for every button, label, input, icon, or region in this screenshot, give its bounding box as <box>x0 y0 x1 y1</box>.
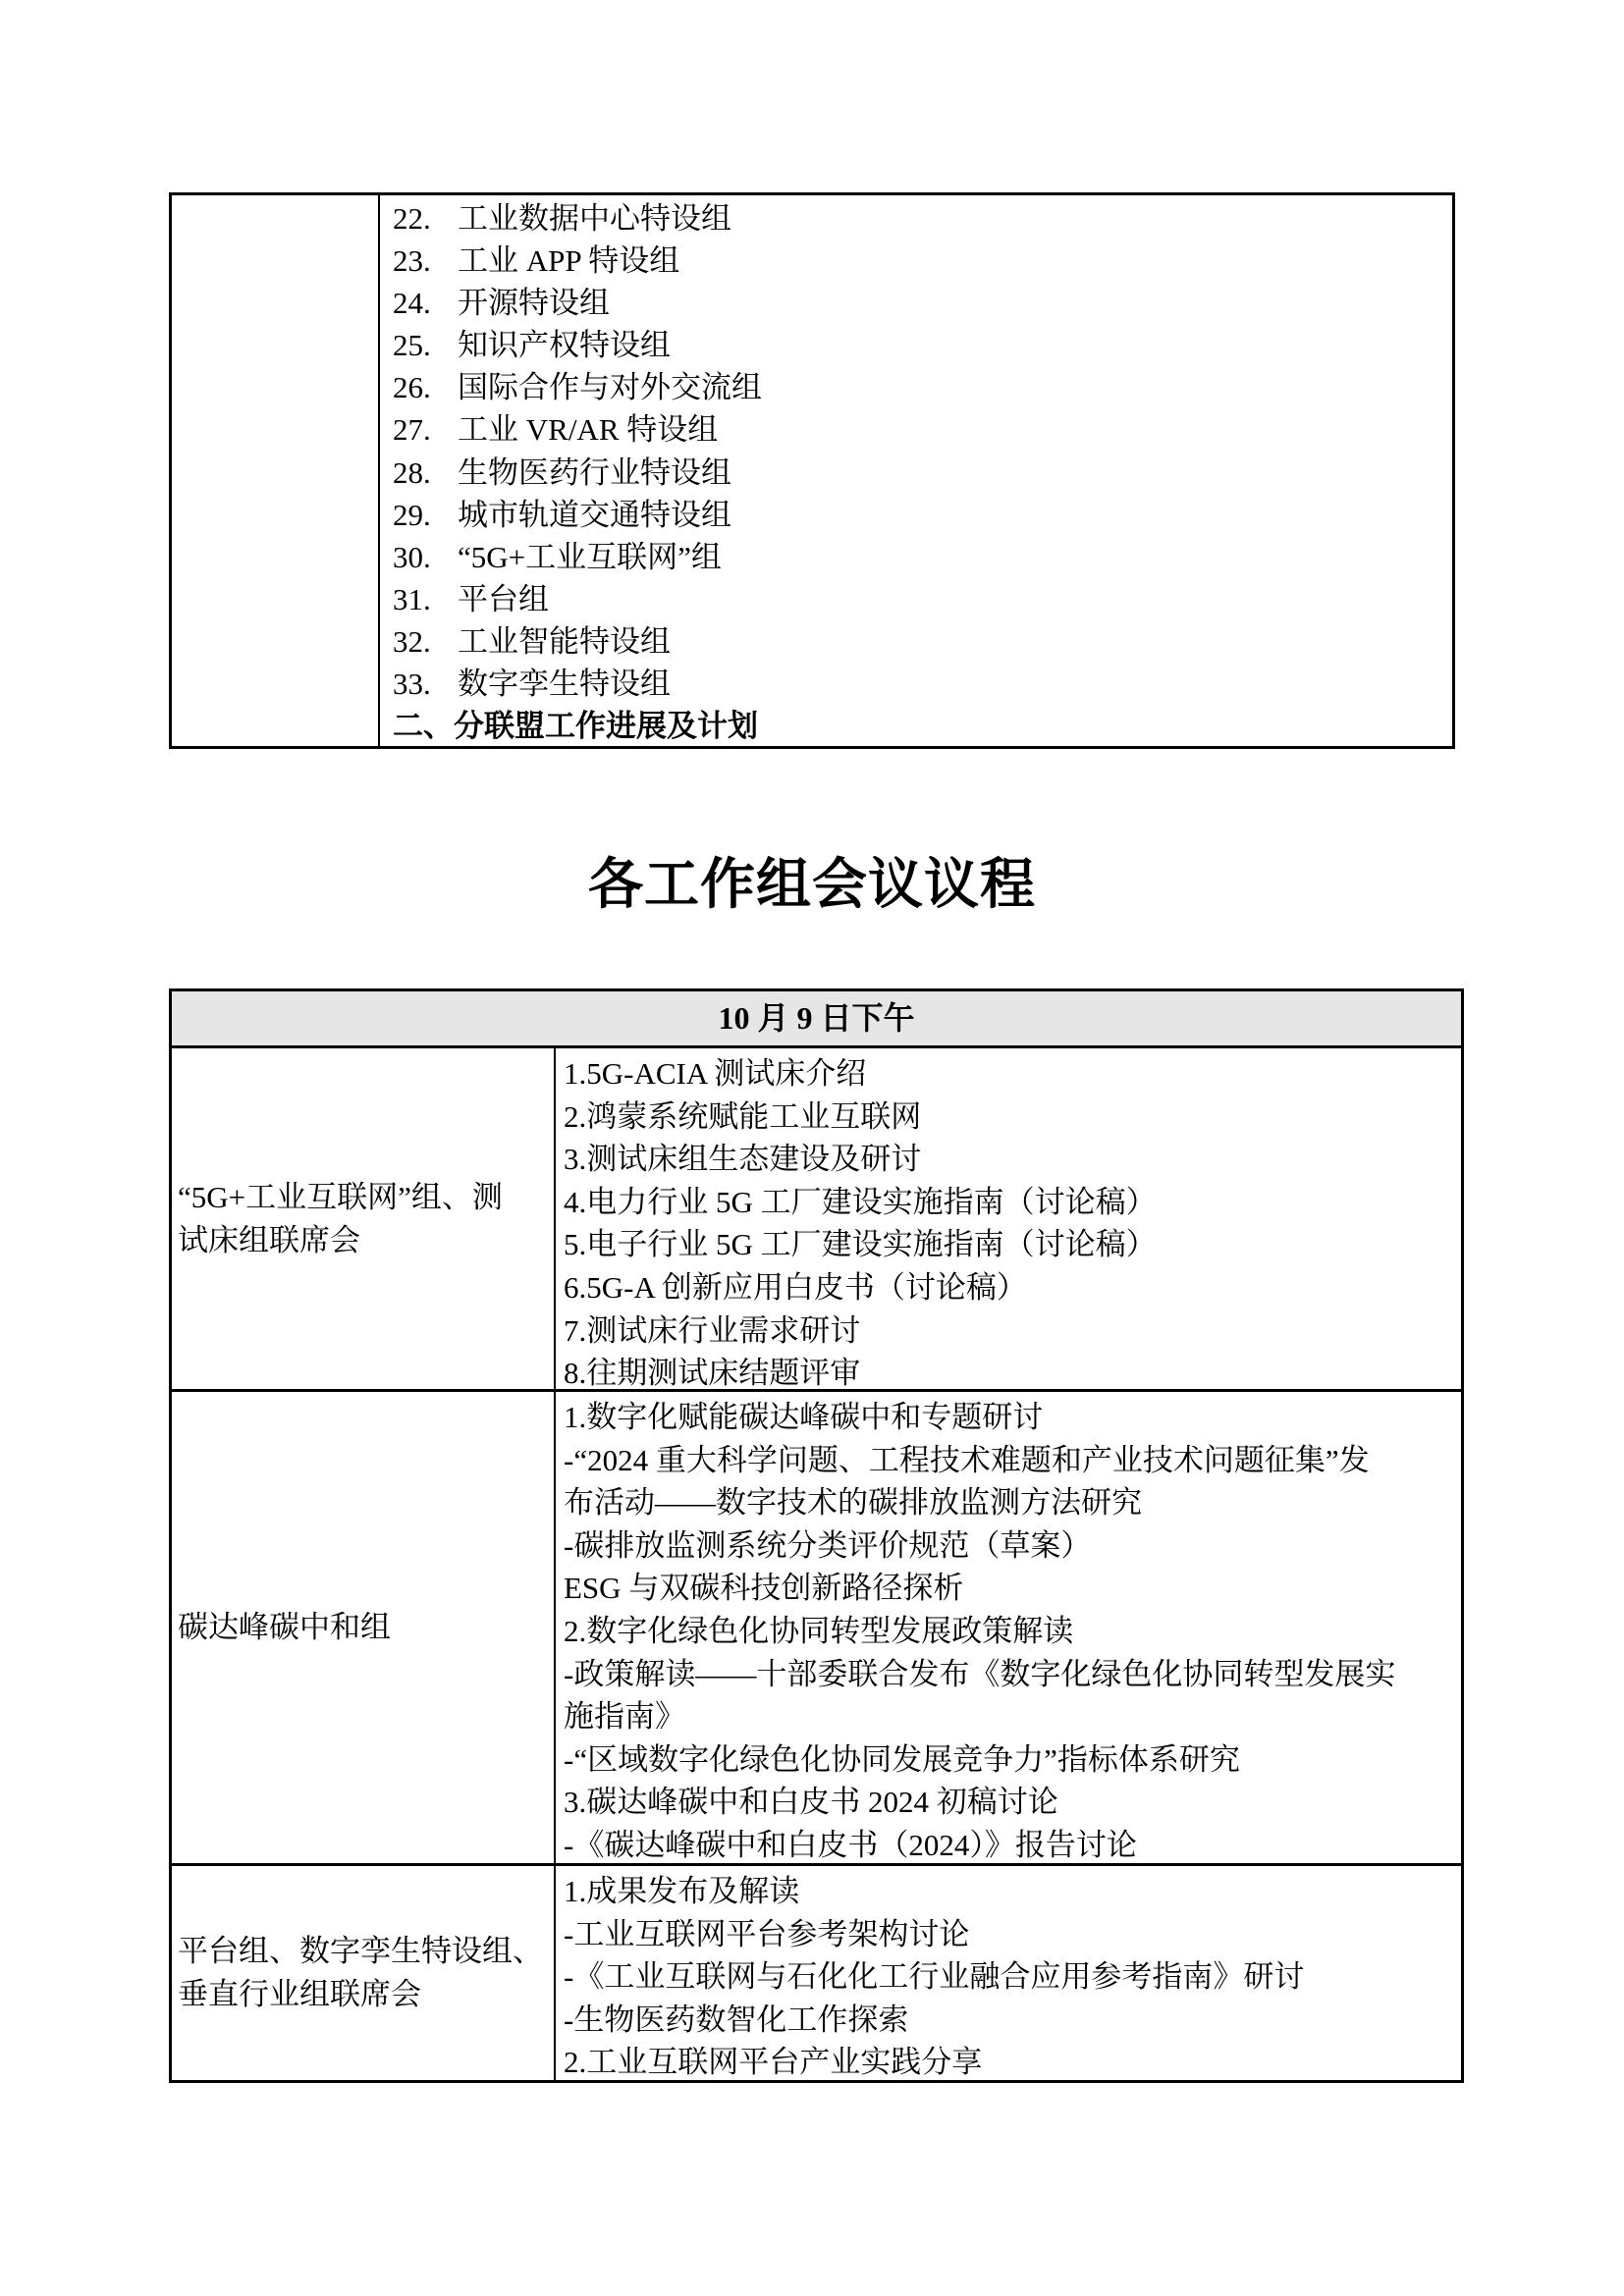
list-item: 29.城市轨道交通特设组 <box>393 494 1452 536</box>
list-item: 33.数字孪生特设组 <box>393 663 1452 705</box>
list-item-number: 29. <box>393 494 458 536</box>
agenda-table: 10 月 9 日下午 “5G+工业互联网”组、测试床组联席会 1.5G-ACIA… <box>169 988 1464 2083</box>
group-name-line: 试床组联席会 <box>178 1219 554 1262</box>
group-name-line: 垂直行业组联席会 <box>178 1973 554 2016</box>
agenda-line: -碳排放监测系统分类评价规范（草案） <box>564 1524 1461 1568</box>
list-item-text: 平台组 <box>458 582 549 616</box>
group-name-line: 碳达峰碳中和组 <box>178 1606 554 1649</box>
working-groups-list: 22.工业数据中心特设组23.工业 APP 特设组24.开源特设组25.知识产权… <box>393 197 1452 705</box>
agenda-line: 布活动——数字技术的碳排放监测方法研究 <box>564 1481 1461 1524</box>
page-title: 各工作组会议议程 <box>0 840 1624 929</box>
agenda-line: 5.电子行业 5G 工厂建设实施指南（讨论稿） <box>564 1223 1461 1266</box>
list-item-number: 25. <box>393 324 458 366</box>
agenda-line: 2.工业互联网平台产业实践分享 <box>564 2041 1461 2080</box>
list-item-number: 24. <box>393 282 458 324</box>
agenda-items-cell: 1.数字化赋能碳达峰碳中和专题研讨-“2024 重大科学问题、工程技术难题和产业… <box>556 1392 1461 1863</box>
list-item: 22.工业数据中心特设组 <box>393 197 1452 240</box>
agenda-group-cell: 平台组、数字孪生特设组、垂直行业组联席会 <box>172 1866 556 2080</box>
group-name-line: “5G+工业互联网”组、测 <box>178 1176 554 1219</box>
list-item-number: 22. <box>393 197 458 240</box>
agenda-line: -《碳达峰碳中和白皮书（2024）》报告讨论 <box>564 1824 1461 1863</box>
list-item-number: 27. <box>393 408 458 451</box>
agenda-group-cell: 碳达峰碳中和组 <box>172 1392 556 1863</box>
list-item-number: 31. <box>393 578 458 620</box>
list-item-text: 知识产权特设组 <box>458 328 671 362</box>
section-two-title: 二、分联盟工作进展及计划 <box>393 705 1452 746</box>
list-item: 28.生物医药行业特设组 <box>393 452 1452 494</box>
agenda-line: 7.测试床行业需求研讨 <box>564 1309 1461 1353</box>
list-item: 25.知识产权特设组 <box>393 324 1452 366</box>
working-groups-table: 22.工业数据中心特设组23.工业 APP 特设组24.开源特设组25.知识产权… <box>169 192 1455 749</box>
agenda-line: -“2024 重大科学问题、工程技术难题和产业技术问题征集”发 <box>564 1439 1461 1482</box>
list-item-text: 工业 VR/AR 特设组 <box>458 412 718 447</box>
group-name-line: 平台组、数字孪生特设组、 <box>178 1930 554 1973</box>
list-item-number: 32. <box>393 620 458 663</box>
agenda-line: 1.成果发布及解读 <box>564 1870 1461 1913</box>
list-item: 32.工业智能特设组 <box>393 620 1452 663</box>
list-item: 24.开源特设组 <box>393 282 1452 324</box>
list-item-text: 工业数据中心特设组 <box>458 201 731 236</box>
agenda-line: 1.5G-ACIA 测试床介绍 <box>564 1052 1461 1095</box>
list-item: 23.工业 APP 特设组 <box>393 240 1452 282</box>
list-item-text: “5G+工业互联网”组 <box>458 540 722 574</box>
agenda-line: -工业互联网平台参考架构讨论 <box>564 1913 1461 1956</box>
agenda-date-header: 10 月 9 日下午 <box>172 991 1461 1048</box>
agenda-line: 2.鸿蒙系统赋能工业互联网 <box>564 1095 1461 1139</box>
agenda-row: 碳达峰碳中和组 1.数字化赋能碳达峰碳中和专题研讨-“2024 重大科学问题、工… <box>172 1392 1461 1866</box>
agenda-line: -生物医药数智化工作探索 <box>564 1999 1461 2042</box>
agenda-items-cell: 1.成果发布及解读-工业互联网平台参考架构讨论-《工业互联网与石化化工行业融合应… <box>556 1866 1461 2080</box>
agenda-line: -《工业互联网与石化化工行业融合应用参考指南》研讨 <box>564 1955 1461 1999</box>
agenda-line: -“区域数字化绿色化协同发展竞争力”指标体系研究 <box>564 1738 1461 1782</box>
list-item: 30.“5G+工业互联网”组 <box>393 536 1452 578</box>
agenda-row: “5G+工业互联网”组、测试床组联席会 1.5G-ACIA 测试床介绍2.鸿蒙系… <box>172 1048 1461 1392</box>
working-groups-list-cell: 22.工业数据中心特设组23.工业 APP 特设组24.开源特设组25.知识产权… <box>380 195 1452 746</box>
agenda-line: ESG 与双碳科技创新路径探析 <box>564 1567 1461 1610</box>
list-item-text: 生物医药行业特设组 <box>458 455 731 490</box>
agenda-row: 平台组、数字孪生特设组、垂直行业组联席会 1.成果发布及解读-工业互联网平台参考… <box>172 1866 1461 2080</box>
agenda-line: 6.5G-A 创新应用白皮书（讨论稿） <box>564 1266 1461 1309</box>
list-item-number: 23. <box>393 240 458 282</box>
agenda-line: 3.测试床组生态建设及研讨 <box>564 1138 1461 1181</box>
list-item-text: 城市轨道交通特设组 <box>458 498 731 532</box>
list-item-text: 数字孪生特设组 <box>458 667 671 701</box>
agenda-line: 4.电力行业 5G 工厂建设实施指南（讨论稿） <box>564 1181 1461 1224</box>
agenda-items-cell: 1.5G-ACIA 测试床介绍2.鸿蒙系统赋能工业互联网3.测试床组生态建设及研… <box>556 1048 1461 1389</box>
list-item-text: 开源特设组 <box>458 286 610 320</box>
list-item-text: 国际合作与对外交流组 <box>458 370 762 404</box>
list-item-number: 28. <box>393 452 458 494</box>
agenda-line: 2.数字化绿色化协同转型发展政策解读 <box>564 1610 1461 1653</box>
agenda-line: -政策解读——十部委联合发布《数字化绿色化协同转型发展实 <box>564 1653 1461 1696</box>
list-item: 26.国际合作与对外交流组 <box>393 366 1452 408</box>
list-item-number: 26. <box>393 366 458 408</box>
list-item-text: 工业 APP 特设组 <box>458 243 679 278</box>
agenda-line: 施指南》 <box>564 1695 1461 1738</box>
list-item: 27.工业 VR/AR 特设组 <box>393 408 1452 451</box>
list-item-number: 30. <box>393 536 458 578</box>
list-item-number: 33. <box>393 663 458 705</box>
working-groups-empty-cell <box>172 195 380 746</box>
agenda-group-cell: “5G+工业互联网”组、测试床组联席会 <box>172 1048 556 1389</box>
agenda-line: 1.数字化赋能碳达峰碳中和专题研讨 <box>564 1396 1461 1439</box>
list-item-text: 工业智能特设组 <box>458 624 671 659</box>
document-page: { "table1": { "items": [ {"num": "22.", … <box>0 0 1624 2296</box>
list-item: 31.平台组 <box>393 578 1452 620</box>
agenda-line: 3.碳达峰碳中和白皮书 2024 初稿讨论 <box>564 1781 1461 1824</box>
agenda-line: 8.往期测试床结题评审 <box>564 1352 1461 1389</box>
